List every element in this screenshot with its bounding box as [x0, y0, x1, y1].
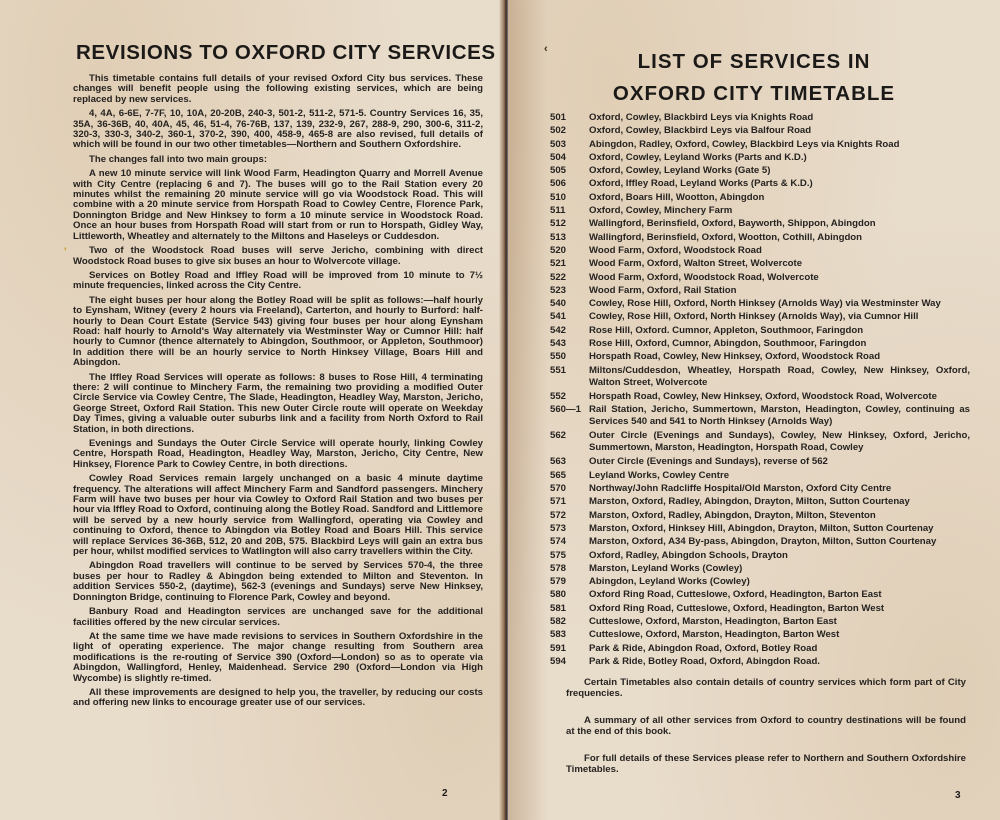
service-route: Park & Ride, Botley Road, Oxford, Abingd… [589, 655, 970, 668]
service-number: 571 [550, 495, 589, 508]
paragraph: Cowley Road Services remain largely unch… [73, 474, 483, 557]
service-row: 522Wood Farm, Oxford, Woodstock Road, Wo… [550, 271, 970, 284]
ink-mark: ' [64, 246, 67, 258]
paragraph: The eight buses per hour along the Botle… [73, 296, 483, 369]
service-row: 523Wood Farm, Oxford, Rail Station [550, 284, 970, 297]
service-row: 563Outer Circle (Evenings and Sundays), … [550, 455, 970, 468]
service-number: 583 [550, 628, 589, 641]
service-row: 511Oxford, Cowley, Minchery Farm [550, 204, 970, 217]
service-row: 581Oxford Ring Road, Cutteslowe, Oxford,… [550, 602, 970, 615]
service-number: 591 [550, 642, 589, 655]
service-number: 573 [550, 522, 589, 535]
service-route: Cowley, Rose Hill, Oxford, North Hinksey… [589, 297, 970, 310]
service-number: 582 [550, 615, 589, 628]
service-row: 540Cowley, Rose Hill, Oxford, North Hink… [550, 297, 970, 310]
paragraph: This timetable contains full details of … [73, 74, 483, 105]
service-route: Park & Ride, Abingdon Road, Oxford, Botl… [589, 642, 970, 655]
service-row: 575Oxford, Radley, Abingdon Schools, Dra… [550, 549, 970, 562]
service-number: 506 [550, 177, 589, 190]
service-row: 562Outer Circle (Evenings and Sundays), … [550, 430, 970, 454]
service-number: 543 [550, 337, 589, 350]
service-number: 504 [550, 151, 589, 164]
paragraph: A new 10 minute service will link Wood F… [73, 169, 483, 242]
page-number: 3 [955, 790, 961, 801]
service-number: 502 [550, 124, 589, 137]
service-row: 560—1Rail Station, Jericho, Summertown, … [550, 404, 970, 428]
service-row: 505Oxford, Cowley, Leyland Works (Gate 5… [550, 164, 970, 177]
service-number: 520 [550, 244, 589, 257]
service-route: Wallingford, Berinsfield, Oxford, Baywor… [589, 217, 970, 230]
service-number: 572 [550, 509, 589, 522]
left-page: REVISIONS TO OXFORD CITY SERVICES This t… [0, 0, 505, 820]
service-row: 573Marston, Oxford, Hinksey Hill, Abingd… [550, 522, 970, 535]
service-route: Marston, Oxford, Hinksey Hill, Abingdon,… [589, 522, 970, 535]
paragraph: 4, 4A, 6-6E, 7-7F, 10, 10A, 20-20B, 240-… [73, 109, 483, 151]
service-row: 506Oxford, Iffley Road, Leyland Works (P… [550, 177, 970, 190]
right-page: ‹ LIST OF SERVICES IN OXFORD CITY TIMETA… [508, 0, 1000, 820]
service-number: 552 [550, 390, 589, 403]
service-route: Oxford, Cowley, Minchery Farm [589, 204, 970, 217]
paragraph: Abingdon Road travellers will continue t… [73, 561, 483, 603]
service-route: Horspath Road, Cowley, New Hinksey, Oxfo… [589, 350, 970, 363]
service-number: 565 [550, 469, 589, 482]
notes: Certain Timetables also contain details … [566, 677, 966, 791]
service-row: 520Wood Farm, Oxford, Woodstock Road [550, 244, 970, 257]
service-route: Oxford, Boars Hill, Wootton, Abingdon [589, 191, 970, 204]
service-row: 504Oxford, Cowley, Leyland Works (Parts … [550, 151, 970, 164]
service-row: 580Oxford Ring Road, Cutteslowe, Oxford,… [550, 588, 970, 601]
service-number: 594 [550, 655, 589, 668]
service-number: 560—1 [550, 404, 589, 428]
paragraph: Services on Botley Road and Iffley Road … [73, 271, 483, 292]
note: Certain Timetables also contain details … [566, 677, 966, 699]
service-number: 523 [550, 284, 589, 297]
service-number: 574 [550, 535, 589, 548]
service-route: Horspath Road, Cowley, New Hinksey, Oxfo… [589, 390, 970, 403]
revisions-text: This timetable contains full details of … [73, 74, 483, 713]
service-route: Abingdon, Leyland Works (Cowley) [589, 575, 970, 588]
paragraph: The Iffley Road Services will operate as… [73, 373, 483, 435]
service-route: Wood Farm, Oxford, Rail Station [589, 284, 970, 297]
service-route: Rose Hill, Oxford, Cumnor, Abingdon, Sou… [589, 337, 970, 350]
service-route: Rail Station, Jericho, Summertown, Marst… [589, 404, 970, 428]
service-number: 581 [550, 602, 589, 615]
service-row: 551Miltons/Cuddesdon, Wheatley, Horspath… [550, 365, 970, 389]
booklet-spread: REVISIONS TO OXFORD CITY SERVICES This t… [0, 0, 1000, 820]
service-route: Wood Farm, Oxford, Walton Street, Wolver… [589, 257, 970, 270]
paragraph: Banbury Road and Headington services are… [73, 607, 483, 628]
service-number: 579 [550, 575, 589, 588]
service-row: 582Cutteslowe, Oxford, Marston, Headingt… [550, 615, 970, 628]
note: For full details of these Services pleas… [566, 753, 966, 775]
page-number: 2 [442, 788, 448, 799]
service-row: 594Park & Ride, Botley Road, Oxford, Abi… [550, 655, 970, 668]
service-number: 522 [550, 271, 589, 284]
service-number: 578 [550, 562, 589, 575]
note: A summary of all other services from Oxf… [566, 715, 966, 737]
service-route: Oxford Ring Road, Cutteslowe, Oxford, He… [589, 602, 970, 615]
service-number: 512 [550, 217, 589, 230]
service-route: Outer Circle (Evenings and Sundays), rev… [589, 455, 970, 468]
service-row: 543Rose Hill, Oxford, Cumnor, Abingdon, … [550, 337, 970, 350]
paragraph: All these improvements are designed to h… [73, 688, 483, 709]
service-route: Cowley, Rose Hill, Oxford, North Hinksey… [589, 310, 970, 323]
service-row: 510Oxford, Boars Hill, Wootton, Abingdon [550, 191, 970, 204]
paragraph: The changes fall into two main groups: [73, 155, 483, 165]
service-number: 541 [550, 310, 589, 323]
service-row: 552Horspath Road, Cowley, New Hinksey, O… [550, 390, 970, 403]
service-row: 574Marston, Oxford, A34 By-pass, Abingdo… [550, 535, 970, 548]
service-number: 550 [550, 350, 589, 363]
paragraph: Evenings and Sundays the Outer Circle Se… [73, 439, 483, 470]
service-number: 521 [550, 257, 589, 270]
service-route: Oxford, Cowley, Blackbird Leys via Balfo… [589, 124, 970, 137]
service-route: Cutteslowe, Oxford, Marston, Headington,… [589, 628, 970, 641]
service-number: 542 [550, 324, 589, 337]
service-number: 551 [550, 365, 589, 389]
page-title-line-2: OXFORD CITY TIMETABLE [508, 82, 1000, 106]
service-row: 542Rose Hill, Oxford. Cumnor, Appleton, … [550, 324, 970, 337]
service-row: 565Leyland Works, Cowley Centre [550, 469, 970, 482]
service-route: Oxford, Cowley, Blackbird Leys via Knigh… [589, 111, 970, 124]
service-number: 580 [550, 588, 589, 601]
service-route: Abingdon, Radley, Oxford, Cowley, Blackb… [589, 138, 970, 151]
service-route: Outer Circle (Evenings and Sundays), Cow… [589, 430, 970, 454]
service-row: 521Wood Farm, Oxford, Walton Street, Wol… [550, 257, 970, 270]
service-number: 503 [550, 138, 589, 151]
service-row: 503Abingdon, Radley, Oxford, Cowley, Bla… [550, 138, 970, 151]
service-row: 579Abingdon, Leyland Works (Cowley) [550, 575, 970, 588]
service-row: 501Oxford, Cowley, Blackbird Leys via Kn… [550, 111, 970, 124]
service-route: Rose Hill, Oxford. Cumnor, Appleton, Sou… [589, 324, 970, 337]
service-number: 570 [550, 482, 589, 495]
service-number: 575 [550, 549, 589, 562]
service-route: Wood Farm, Oxford, Woodstock Road, Wolve… [589, 271, 970, 284]
paragraph: Two of the Woodstock Road buses will ser… [73, 246, 483, 267]
service-number: 562 [550, 430, 589, 454]
service-route: Wood Farm, Oxford, Woodstock Road [589, 244, 970, 257]
paragraph: At the same time we have made revisions … [73, 632, 483, 684]
service-row: 570Northway/John Radcliffe Hospital/Old … [550, 482, 970, 495]
service-route: Oxford, Cowley, Leyland Works (Parts and… [589, 151, 970, 164]
service-row: 572Marston, Oxford, Radley, Abingdon, Dr… [550, 509, 970, 522]
page-title: REVISIONS TO OXFORD CITY SERVICES [76, 41, 486, 65]
service-route: Wallingford, Berinsfield, Oxford, Wootto… [589, 231, 970, 244]
service-route: Miltons/Cuddesdon, Wheatley, Horspath Ro… [589, 365, 970, 389]
service-row: 578Marston, Leyland Works (Cowley) [550, 562, 970, 575]
service-row: 550Horspath Road, Cowley, New Hinksey, O… [550, 350, 970, 363]
service-number: 513 [550, 231, 589, 244]
service-row: 512Wallingford, Berinsfield, Oxford, Bay… [550, 217, 970, 230]
service-row: 571Marston, Oxford, Radley, Abingdon, Dr… [550, 495, 970, 508]
service-route: Northway/John Radcliffe Hospital/Old Mar… [589, 482, 970, 495]
service-route: Cutteslowe, Oxford, Marston, Headington,… [589, 615, 970, 628]
service-number: 510 [550, 191, 589, 204]
service-number: 505 [550, 164, 589, 177]
service-route: Oxford, Iffley Road, Leyland Works (Part… [589, 177, 970, 190]
service-row: 591Park & Ride, Abingdon Road, Oxford, B… [550, 642, 970, 655]
service-route: Marston, Leyland Works (Cowley) [589, 562, 970, 575]
service-number: 563 [550, 455, 589, 468]
service-row: 583Cutteslowe, Oxford, Marston, Headingt… [550, 628, 970, 641]
service-number: 540 [550, 297, 589, 310]
service-route: Oxford Ring Road, Cutteslowe, Oxford, He… [589, 588, 970, 601]
service-number: 501 [550, 111, 589, 124]
service-route: Marston, Oxford, A34 By-pass, Abingdon, … [589, 535, 970, 548]
service-route: Oxford, Cowley, Leyland Works (Gate 5) [589, 164, 970, 177]
service-row: 513Wallingford, Berinsfield, Oxford, Woo… [550, 231, 970, 244]
service-route: Leyland Works, Cowley Centre [589, 469, 970, 482]
page-title-line-1: LIST OF SERVICES IN [508, 50, 1000, 74]
service-route: Oxford, Radley, Abingdon Schools, Drayto… [589, 549, 970, 562]
service-number: 511 [550, 204, 589, 217]
service-route: Marston, Oxford, Radley, Abingdon, Drayt… [589, 495, 970, 508]
services-list: 501Oxford, Cowley, Blackbird Leys via Kn… [550, 111, 970, 668]
service-route: Marston, Oxford, Radley, Abingdon, Drayt… [589, 509, 970, 522]
service-row: 541Cowley, Rose Hill, Oxford, North Hink… [550, 310, 970, 323]
service-row: 502Oxford, Cowley, Blackbird Leys via Ba… [550, 124, 970, 137]
